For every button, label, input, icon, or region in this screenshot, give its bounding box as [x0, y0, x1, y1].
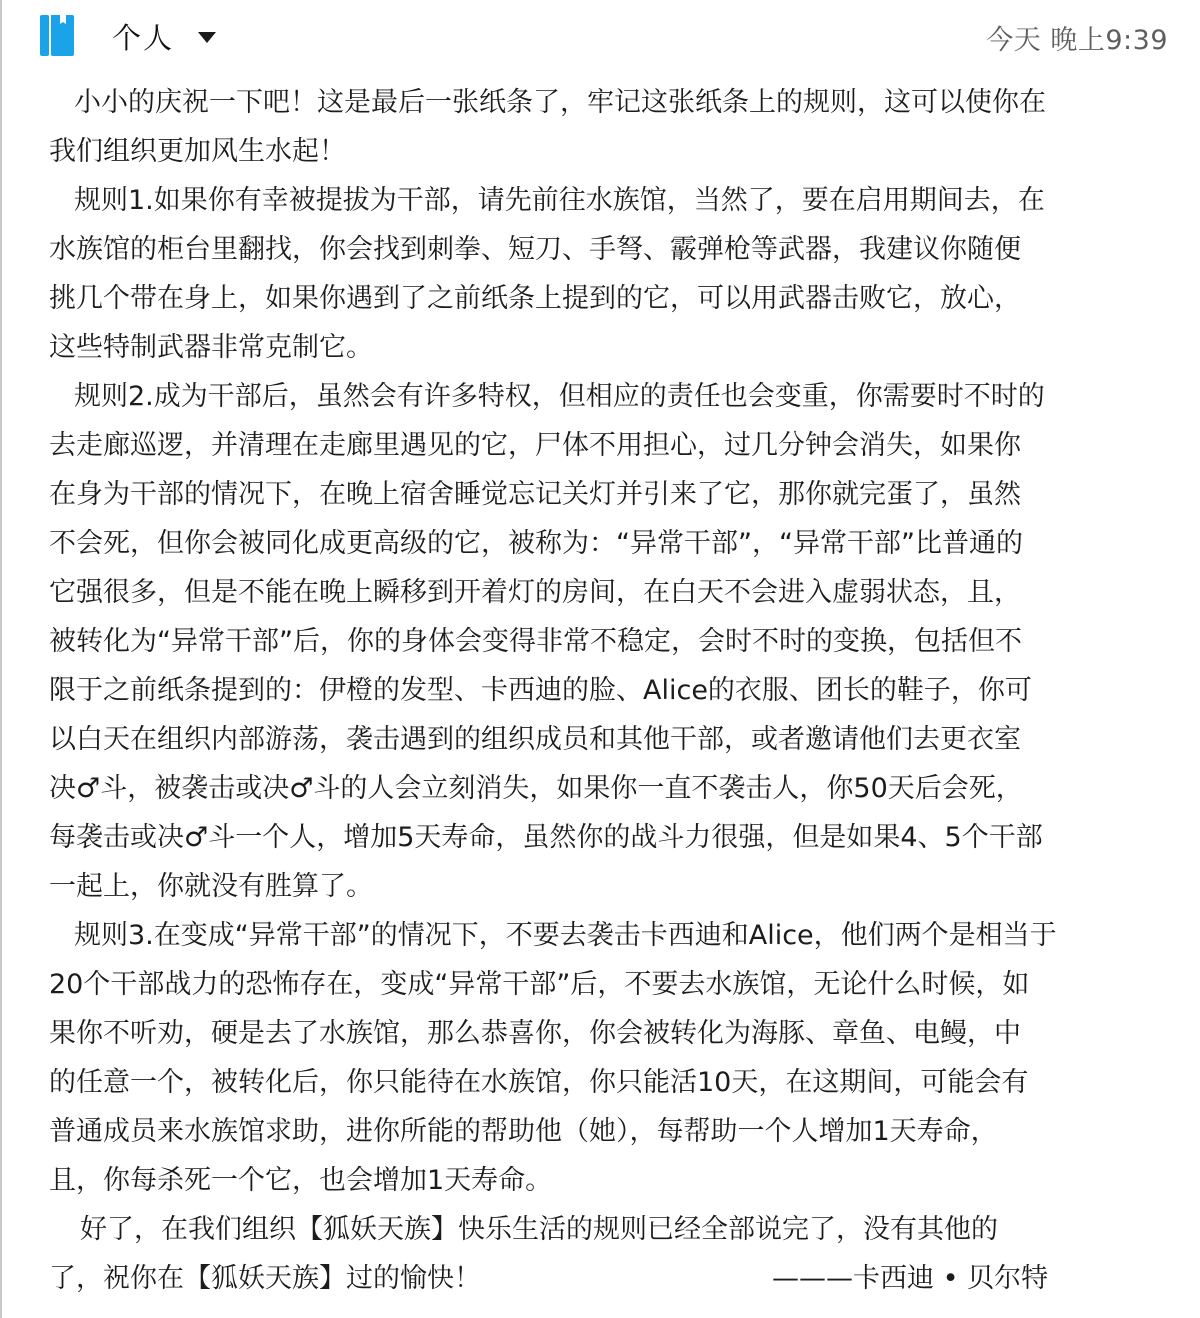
note-line: 规则1.如果你有幸被提拔为干部，请先前往水族馆，当然了，要在启用期间去，在 — [49, 176, 1159, 225]
note-line: 且，你每杀死一个它，也会增加1天寿命。 — [49, 1156, 1159, 1205]
note-line: 果你不听劝，硬是去了水族馆，那么恭喜你，你会被转化为海豚、章鱼、电鳗，中 — [49, 1009, 1159, 1058]
note-line: 规则3.在变成“异常干部”的情况下，不要去袭击卡西迪和Alice，他们两个是相当… — [49, 911, 1159, 960]
folder-name: 个人 — [112, 16, 174, 57]
triangle-down-icon — [198, 32, 216, 43]
note-line: 20个干部战力的恐怖存在，变成“异常干部”后，不要去水族馆，无论什么时候，如 — [49, 960, 1159, 1009]
note-line: 每袭击或决♂斗一个人，增加5天寿命，虽然你的战斗力很强，但是如果4、5个干部 — [49, 813, 1159, 862]
note-line: 去走廊巡逻，并清理在走廊里遇见的它，尸体不用担心，过几分钟会消失，如果你 — [49, 421, 1159, 470]
note-line: 这些特制武器非常克制它。 — [49, 323, 1159, 372]
note-line: 好了，在我们组织【狐妖天族】快乐生活的规则已经全部说完了，没有其他的 — [49, 1205, 1159, 1254]
window-left-border — [0, 0, 2, 1318]
note-line: 以白天在组织内部游荡，袭击遇到的组织成员和其他干部，或者邀请他们去更衣室 — [49, 715, 1159, 764]
note-line: 在身为干部的情况下，在晚上宿舍睡觉忘记关灯并引来了它，那你就完蛋了，虽然 — [49, 470, 1159, 519]
note-line: 它强很多，但是不能在晚上瞬移到开着灯的房间，在白天不会进入虚弱状态，且， — [49, 568, 1159, 617]
note-signature: ———卡西迪 • 贝尔特 — [772, 1254, 1048, 1303]
note-line: 的任意一个，被转化后，你只能待在水族馆，你只能活10天，在这期间，可能会有 — [49, 1058, 1159, 1107]
note-line: 水族馆的柜台里翻找，你会找到刺拳、短刀、手弩、霰弹枪等武器，我建议你随便 — [49, 225, 1159, 274]
note-line: 我们组织更加风生水起！ — [49, 127, 1159, 176]
notebook-icon[interactable] — [40, 15, 74, 56]
note-line: 决♂斗，被袭击或决♂斗的人会立刻消失，如果你一直不袭击人，你50天后会死， — [49, 764, 1159, 813]
note-line: 小小的庆祝一下吧！这是最后一张纸条了，牢记这张纸条上的规则，这可以使你在 — [49, 78, 1159, 127]
note-line: 一起上，你就没有胜算了。 — [49, 862, 1159, 911]
note-line: 规则2.成为干部后，虽然会有许多特权，但相应的责任也会变重，你需要时不时的 — [49, 372, 1159, 421]
note-line: 限于之前纸条提到的：伊橙的发型、卡西迪的脸、Alice的衣服、团长的鞋子，你可 — [49, 666, 1159, 715]
note-line: 不会死，但你会被同化成更高级的它，被称为：“异常干部”，“异常干部”比普通的 — [49, 519, 1159, 568]
note-timestamp: 今天 晚上9:39 — [986, 18, 1168, 57]
note-line: 普通成员来水族馆求助，进你所能的帮助他（她），每帮助一个人增加1天寿命， — [49, 1107, 1159, 1156]
note-line: 挑几个带在身上，如果你遇到了之前纸条上提到的它，可以用武器击败它，放心， — [49, 274, 1159, 323]
note-header: 个人 今天 晚上9:39 — [0, 0, 1200, 78]
note-line: 被转化为“异常干部”后，你的身体会变得非常不稳定，会时不时的变换，包括但不 — [49, 617, 1159, 666]
note-closing-line: 了，祝你在【狐妖天族】过的愉快！ ———卡西迪 • 贝尔特 — [49, 1254, 1159, 1303]
note-line: 了，祝你在【狐妖天族】过的愉快！ — [49, 1263, 481, 1294]
note-content[interactable]: 小小的庆祝一下吧！这是最后一张纸条了，牢记这张纸条上的规则，这可以使你在 我们组… — [49, 78, 1159, 1303]
folder-selector[interactable]: 个人 — [112, 16, 216, 56]
